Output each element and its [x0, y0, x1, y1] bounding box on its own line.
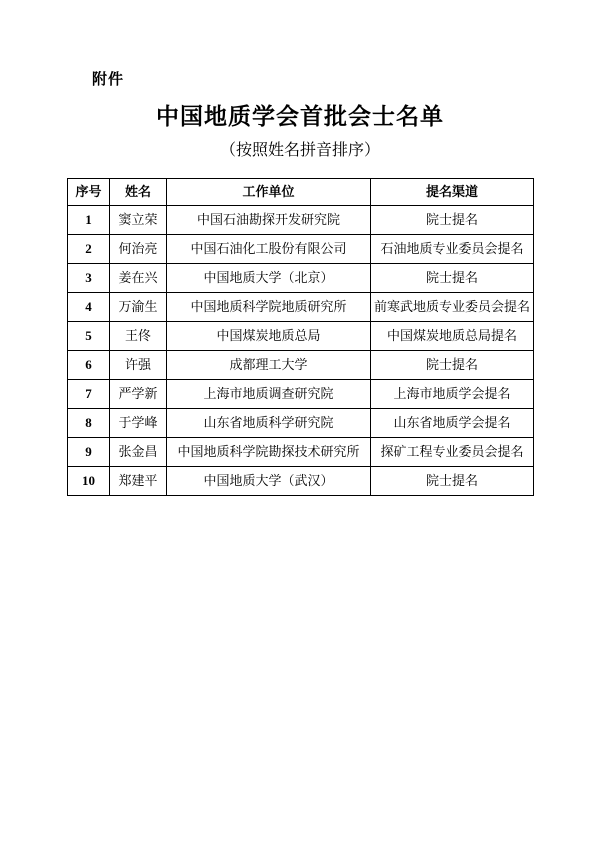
- cell-organization: 中国煤炭地质总局: [167, 322, 371, 351]
- cell-channel: 山东省地质学会提名: [371, 409, 534, 438]
- cell-index: 3: [68, 264, 110, 293]
- cell-index: 7: [68, 380, 110, 409]
- cell-index: 4: [68, 293, 110, 322]
- table-row: 9 张金昌 中国地质科学院勘探技术研究所 探矿工程专业委员会提名: [68, 438, 534, 467]
- table-row: 7 严学新 上海市地质调查研究院 上海市地质学会提名: [68, 380, 534, 409]
- table-row: 5 王佟 中国煤炭地质总局 中国煤炭地质总局提名: [68, 322, 534, 351]
- table-row: 2 何治亮 中国石油化工股份有限公司 石油地质专业委员会提名: [68, 235, 534, 264]
- cell-channel: 中国煤炭地质总局提名: [371, 322, 534, 351]
- cell-index: 1: [68, 206, 110, 235]
- cell-channel: 上海市地质学会提名: [371, 380, 534, 409]
- cell-name: 窦立荣: [110, 206, 167, 235]
- cell-organization: 中国石油化工股份有限公司: [167, 235, 371, 264]
- table-row: 1 窦立荣 中国石油勘探开发研究院 院士提名: [68, 206, 534, 235]
- cell-channel: 院士提名: [371, 206, 534, 235]
- table-row: 3 姜在兴 中国地质大学（北京） 院士提名: [68, 264, 534, 293]
- cell-name: 姜在兴: [110, 264, 167, 293]
- cell-name: 严学新: [110, 380, 167, 409]
- cell-organization: 中国地质大学（武汉）: [167, 467, 371, 496]
- page-title: 中国地质学会首批会士名单: [0, 98, 600, 131]
- header-cell-channel: 提名渠道: [371, 179, 534, 206]
- cell-organization: 中国地质科学院勘探技术研究所: [167, 438, 371, 467]
- attachment-label: 附件: [92, 68, 124, 89]
- cell-channel: 前寒武地质专业委员会提名: [371, 293, 534, 322]
- cell-organization: 中国地质大学（北京）: [167, 264, 371, 293]
- header-cell-organization: 工作单位: [167, 179, 371, 206]
- cell-organization: 山东省地质科学研究院: [167, 409, 371, 438]
- cell-organization: 成都理工大学: [167, 351, 371, 380]
- table-row: 6 许强 成都理工大学 院士提名: [68, 351, 534, 380]
- cell-name: 于学峰: [110, 409, 167, 438]
- table-row: 10 郑建平 中国地质大学（武汉） 院士提名: [68, 467, 534, 496]
- cell-organization: 中国石油勘探开发研究院: [167, 206, 371, 235]
- cell-name: 王佟: [110, 322, 167, 351]
- cell-channel: 院士提名: [371, 467, 534, 496]
- cell-index: 5: [68, 322, 110, 351]
- table-header-row: 序号 姓名 工作单位 提名渠道: [68, 179, 534, 206]
- document-page: 附件 中国地质学会首批会士名单 （按照姓名拼音排序） 序号 姓名 工作单位 提名…: [0, 0, 600, 848]
- cell-name: 万渝生: [110, 293, 167, 322]
- cell-channel: 院士提名: [371, 351, 534, 380]
- cell-channel: 院士提名: [371, 264, 534, 293]
- cell-index: 8: [68, 409, 110, 438]
- header-cell-index: 序号: [68, 179, 110, 206]
- table-row: 8 于学峰 山东省地质科学研究院 山东省地质学会提名: [68, 409, 534, 438]
- page-subtitle: （按照姓名拼音排序）: [0, 137, 600, 160]
- header-cell-name: 姓名: [110, 179, 167, 206]
- cell-index: 6: [68, 351, 110, 380]
- cell-name: 许强: [110, 351, 167, 380]
- fellows-table: 序号 姓名 工作单位 提名渠道 1 窦立荣 中国石油勘探开发研究院 院士提名 2…: [67, 178, 534, 496]
- cell-name: 张金昌: [110, 438, 167, 467]
- cell-channel: 探矿工程专业委员会提名: [371, 438, 534, 467]
- cell-organization: 中国地质科学院地质研究所: [167, 293, 371, 322]
- cell-name: 郑建平: [110, 467, 167, 496]
- cell-index: 10: [68, 467, 110, 496]
- cell-index: 9: [68, 438, 110, 467]
- cell-name: 何治亮: [110, 235, 167, 264]
- cell-channel: 石油地质专业委员会提名: [371, 235, 534, 264]
- cell-index: 2: [68, 235, 110, 264]
- cell-organization: 上海市地质调查研究院: [167, 380, 371, 409]
- table-row: 4 万渝生 中国地质科学院地质研究所 前寒武地质专业委员会提名: [68, 293, 534, 322]
